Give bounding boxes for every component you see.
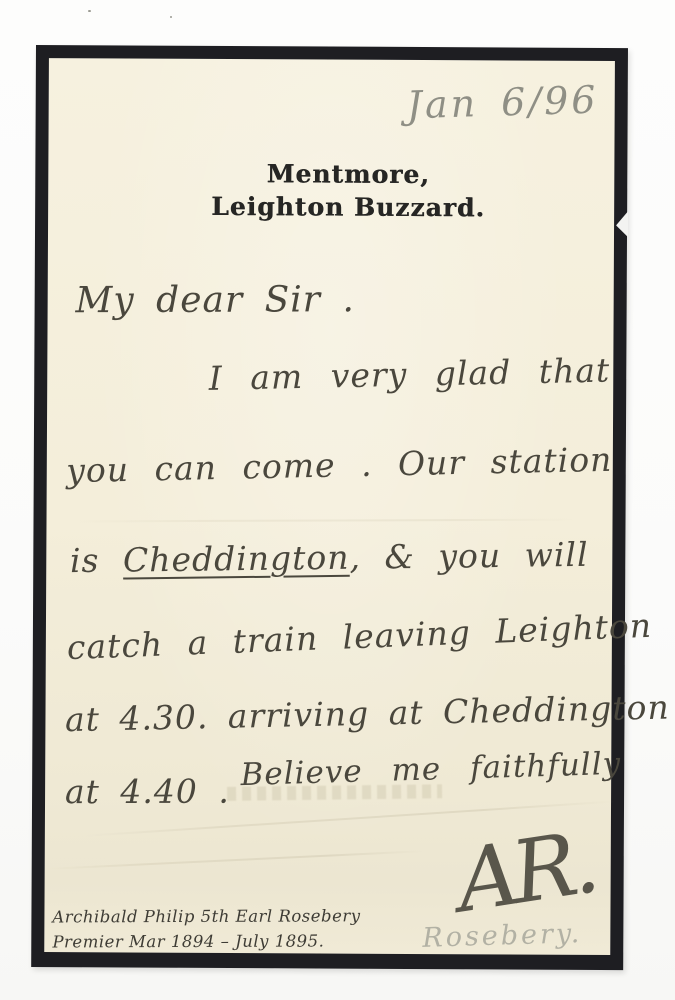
paper-crease: [77, 519, 577, 523]
paper-edge-nick: [616, 211, 628, 237]
pencil-name-annotation: Rosebery.: [422, 918, 583, 954]
letterhead: Mentmore, Leighton Buzzard.: [48, 156, 614, 225]
body-line-3: is Cheddington, & you will: [70, 535, 589, 580]
letter-paper: Jan 6/96 Mentmore, Leighton Buzzard. My …: [44, 58, 615, 955]
letter-page: Jan 6/96 Mentmore, Leighton Buzzard. My …: [31, 45, 628, 970]
collector-annotation-line1: Archibald Philip 5th Earl Rosebery: [52, 903, 360, 929]
body-line-3-post: , & you will: [349, 535, 588, 577]
underlined-station-name: Cheddington: [123, 538, 350, 580]
salutation: My dear Sir .: [75, 279, 355, 321]
letterhead-line1: Mentmore,: [82, 156, 614, 192]
dust-speck: [88, 10, 91, 12]
body-line-4: catch a train leaving Leighton: [66, 606, 652, 667]
body-line-6: at 4.40 .: [65, 772, 230, 812]
paper-crease: [45, 850, 425, 870]
photograph-background: Jan 6/96 Mentmore, Leighton Buzzard. My …: [0, 0, 675, 1000]
collector-annotation: Archibald Philip 5th Earl Rosebery Premi…: [52, 903, 360, 954]
body-line-3-pre: is: [70, 541, 123, 581]
body-line-5: at 4.30. arriving at Cheddington: [65, 688, 670, 740]
letterhead-line2: Leighton Buzzard.: [82, 189, 614, 225]
body-line-2: you can come . Our station: [66, 440, 613, 490]
collector-annotation-line2: Premier Mar 1894 – July 1895.: [52, 928, 360, 954]
signature-monogram: AR.: [450, 813, 600, 932]
dust-speck: [170, 16, 172, 18]
pencil-date-annotation: Jan 6/96: [406, 78, 599, 128]
body-line-1: I am very glad that: [208, 351, 610, 398]
embossed-stamp: [227, 784, 442, 801]
